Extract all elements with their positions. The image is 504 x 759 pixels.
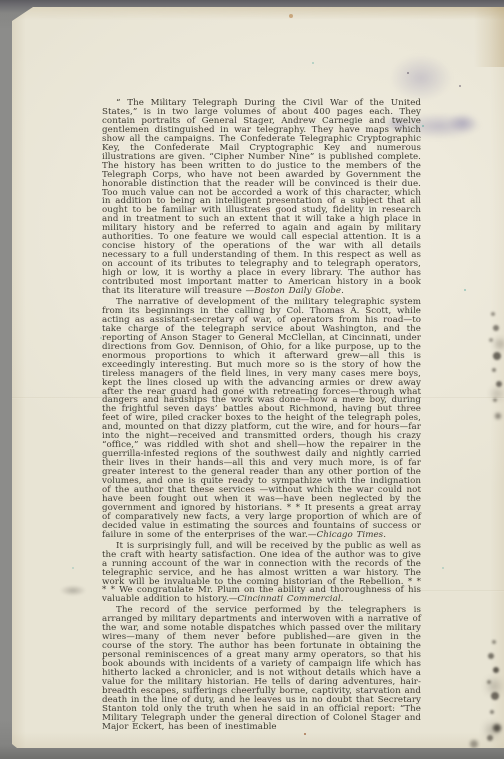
paragraph-text: The record of the service performed by t… (102, 605, 421, 731)
review-paragraph: The record of the service performed by t… (102, 606, 421, 731)
paragraph-text: “ The Military Telegraph During the Civi… (102, 98, 421, 296)
source-citation: Boston Daily Globe. (254, 286, 344, 296)
paragraph-text: The narrative of development of the mili… (102, 297, 421, 540)
source-citation: Cincinnati Commercial. (237, 594, 343, 604)
review-paragraph: It is surprisingly full, and will be rec… (102, 542, 421, 605)
ink-bleedthrough-stain (390, 55, 452, 101)
paper-specks (12, 7, 14, 9)
page-text-column: “ The Military Telegraph During the Civi… (102, 99, 421, 734)
ink-smudge-right-edge (478, 632, 482, 636)
review-paragraph: “ The Military Telegraph During the Civi… (102, 99, 421, 296)
source-citation: Chicago Times. (317, 530, 386, 540)
review-paragraph: The narrative of development of the mili… (102, 298, 421, 540)
pencil-margin-mark (60, 585, 86, 596)
book-page: “ The Military Telegraph During the Civi… (12, 7, 504, 748)
scan-backdrop: “ The Military Telegraph During the Civi… (0, 0, 504, 759)
aged-top-edge (12, 7, 504, 20)
aged-corner (474, 7, 504, 67)
ink-smudge-right-edge (482, 302, 486, 306)
